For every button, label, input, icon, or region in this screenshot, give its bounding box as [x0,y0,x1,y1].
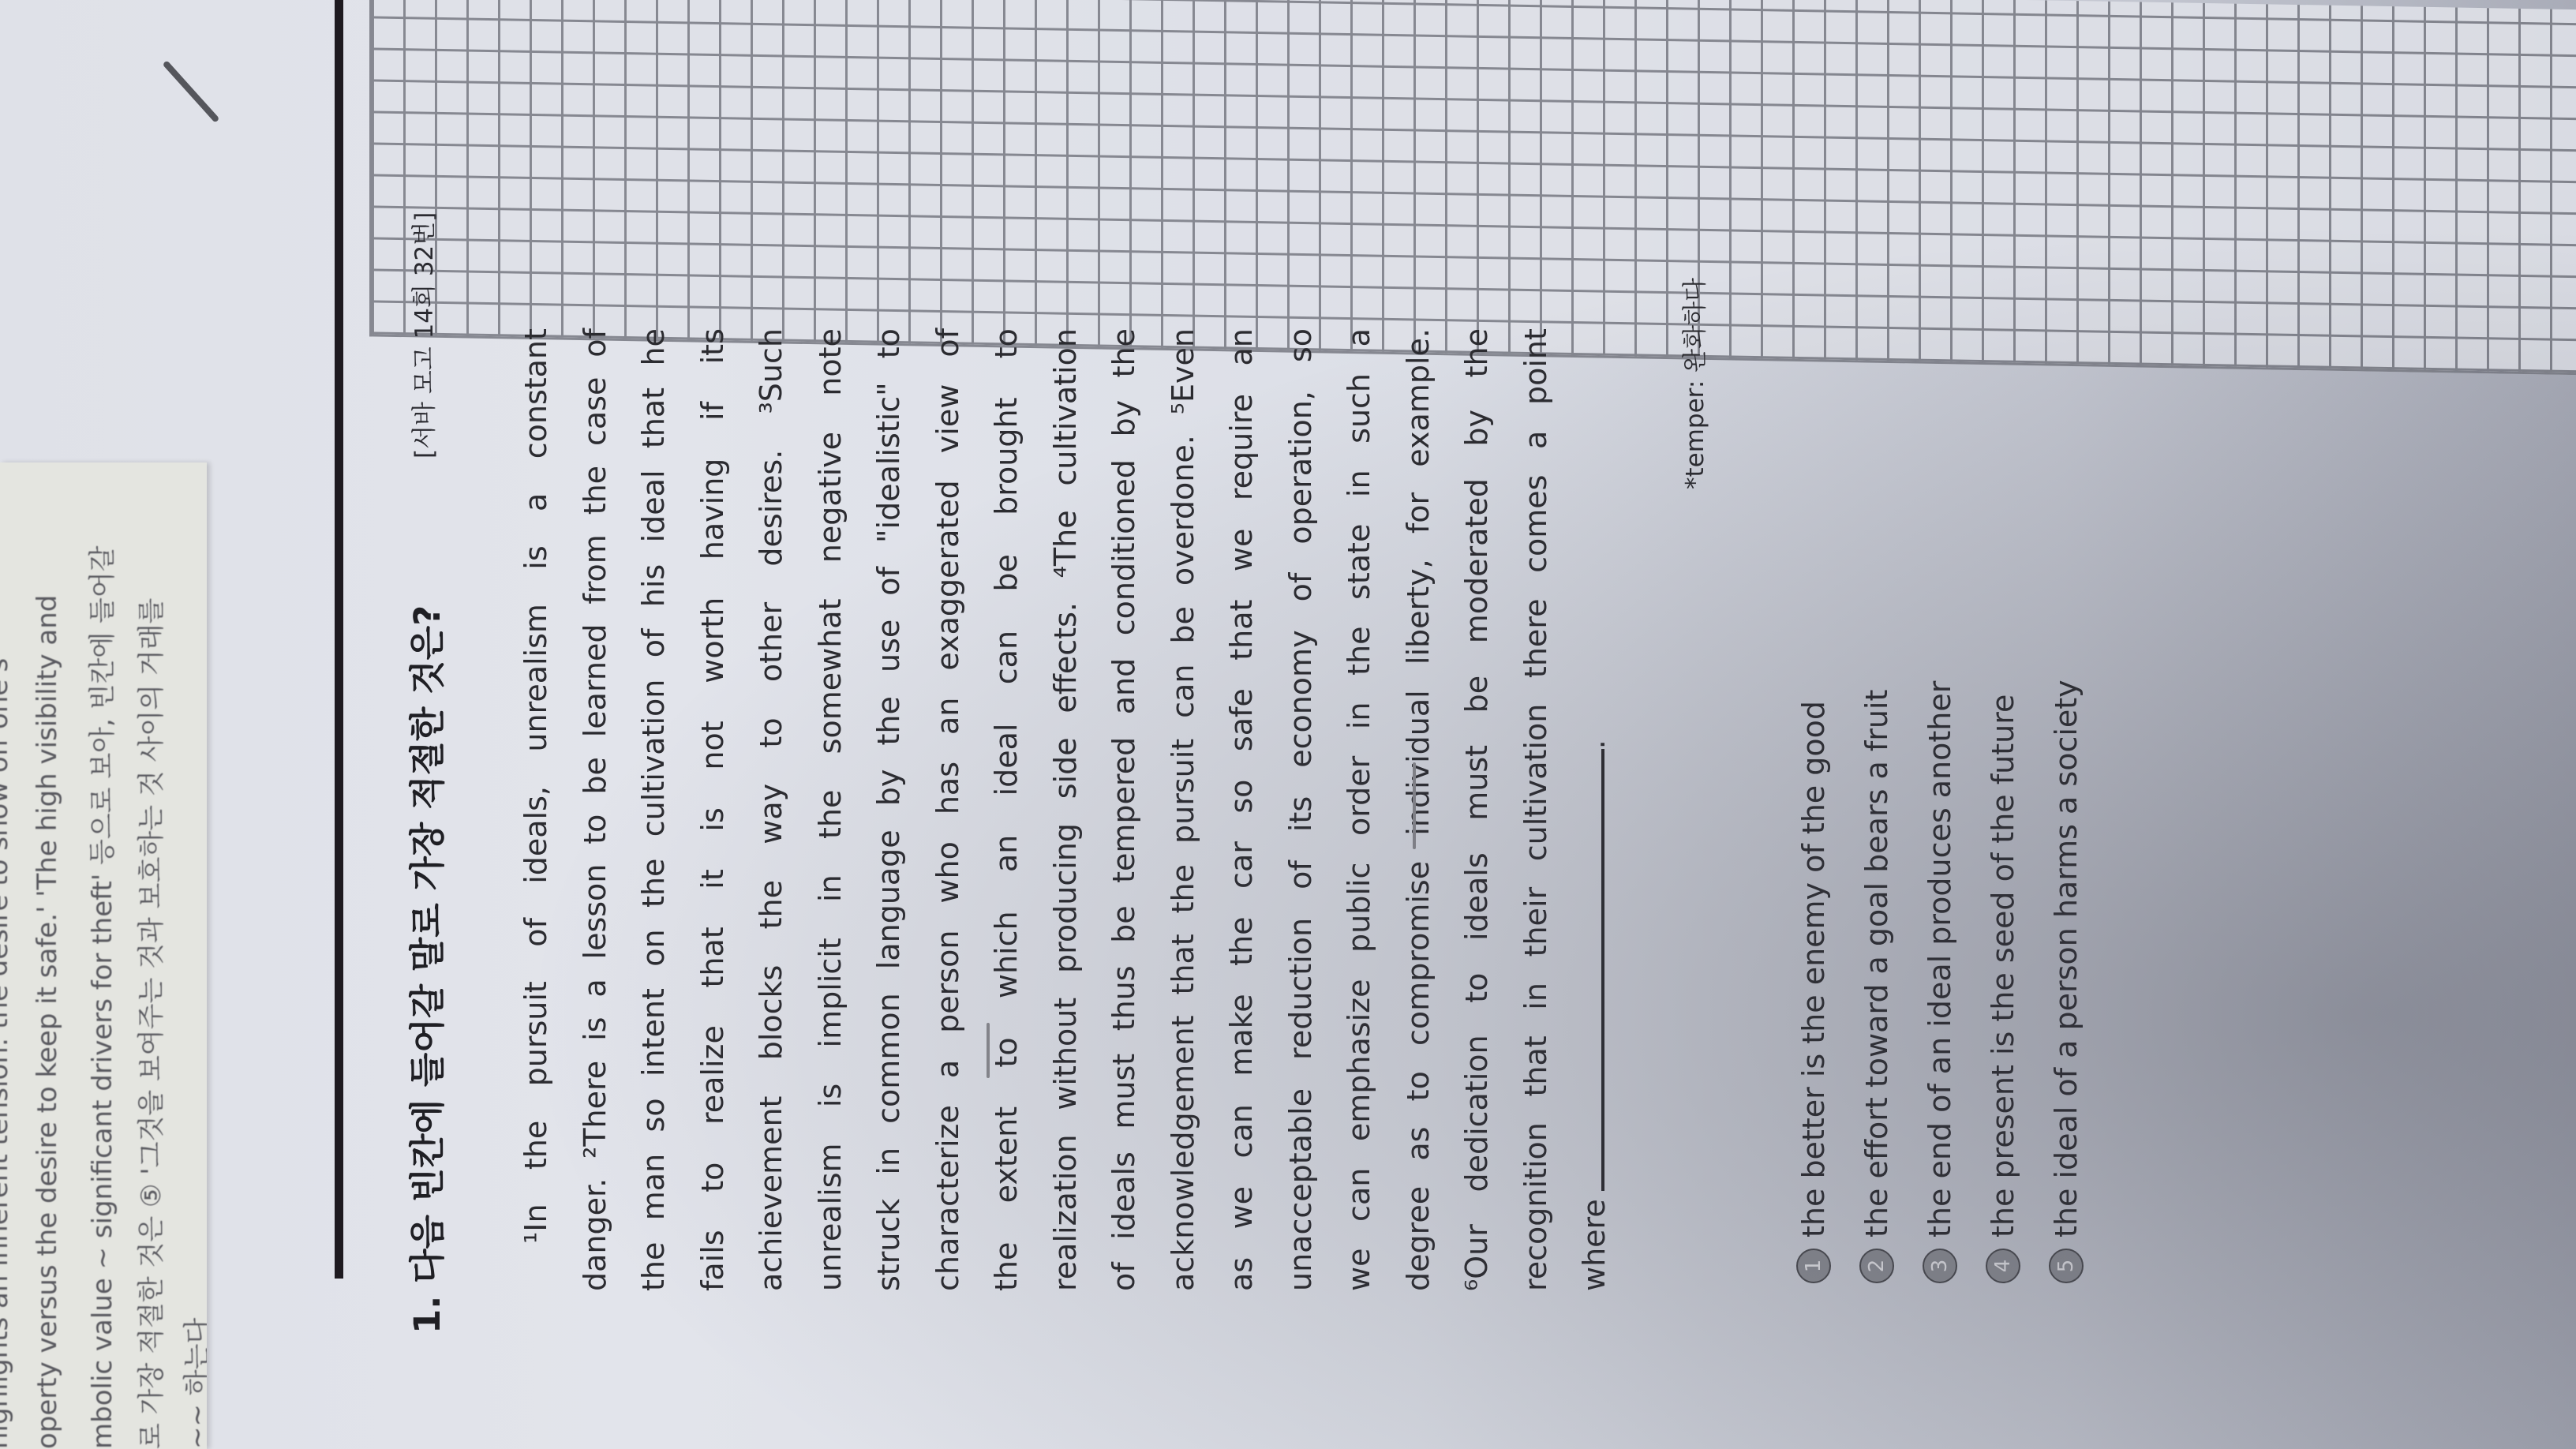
passage-line: theextenttowhichanidealcanbebroughtto [985,328,1044,1291]
passage-line: achievementblocksthewaytootherdesires.³S… [750,328,809,1291]
blank-line: where. [1573,328,1632,1291]
answer-grid [369,0,2576,376]
passage-line: unacceptablereductionofitseconomyofopera… [1279,328,1339,1291]
passage-line: characterizeapersonwhohasanexaggeratedvi… [927,328,986,1291]
question-source: [서바 모고 14회 32번] [404,212,440,459]
choice-text: the end of an ideal produces another [1918,681,1962,1237]
choice-text: the effort toward a goal bears a fruit [1855,690,1899,1237]
choice-number-icon: 3 [1923,1249,1957,1283]
passage: ¹Inthepursuitofideals,unrealismisaconsta… [515,328,1632,1291]
previous-page-line: mbolic value ~ significant drivers for t… [80,545,119,1449]
choice-4[interactable]: 4the present is the seed of the future [1971,680,2035,1283]
previous-page-line: ~~ 하는다 [175,1318,207,1449]
passage-line: struckincommonlanguagebytheuseof"idealis… [867,328,927,1291]
question-prompt: 다음 빈칸에 들어갈 말로 가장 적절한 것은? [406,605,448,1283]
passage-line: wecanemphasizepublicorderinthestateinsuc… [1338,328,1397,1291]
passage-line: ofidealsmustthusbetemperedandconditioned… [1103,328,1162,1291]
pencil-underline [987,1023,990,1078]
passage-line: degreeastocompromiseindividualliberty,fo… [1397,328,1456,1291]
choice-1[interactable]: 1the better is the enemy of the good [1782,680,1845,1283]
choice-text: the ideal of a person harms a society [2044,680,2088,1237]
passage-line: aswecanmakethecarsosafethatwerequirean [1220,328,1279,1291]
answer-blank [1573,749,1604,1191]
passage-line: ¹Inthepursuitofideals,unrealismisaconsta… [515,328,574,1291]
pencil-underline [1413,762,1416,849]
question-number: 1. [406,1296,448,1334]
passage-line: ⁶Ourdedicationtoidealsmustbemoderatedbyt… [1455,328,1515,1291]
exam-page: highlights an inherent tension: the desi… [0,0,2576,1449]
passage-line: themansointentonthecultivationofhisideal… [632,328,691,1291]
previous-page-line: operty versus the desire to keep it safe… [32,595,63,1449]
passage-line: recognitionthatintheircultivationthereco… [1515,328,1574,1291]
passage-line: realizationwithoutproducingsideeffects.⁴… [1044,328,1103,1291]
passage-line: failstorealizethatitisnotworthhavingifit… [691,328,751,1291]
choice-text: the better is the enemy of the good [1792,701,1836,1237]
footnote: *temper: 완화하다 [1675,278,1710,489]
choice-number-icon: 5 [2049,1249,2084,1283]
choice-5[interactable]: 5the ideal of a person harms a society [2035,680,2098,1283]
passage-line: acknowledgementthatthepursuitcanbeoverdo… [1162,328,1221,1291]
header-rule [335,0,343,1279]
passage-line: unrealismisimplicitinthesomewhatnegative… [809,328,868,1291]
choice-number-icon: 1 [1796,1249,1831,1283]
choice-2[interactable]: 2the effort toward a goal bears a fruit [1845,680,1908,1283]
choice-number-icon: 2 [1859,1249,1894,1283]
choice-3[interactable]: 3the end of an ideal produces another [1908,680,1971,1283]
previous-page-line: highlights an inherent tension: the desi… [0,658,14,1449]
photo: highlights an inherent tension: the desi… [0,0,2576,1449]
question-title: 1. 다음 빈칸에 들어갈 말로 가장 적절한 것은? [399,605,450,1334]
previous-page-strip: highlights an inherent tension: the desi… [0,462,207,1449]
choice-text: the present is the seed of the future [1981,695,2025,1237]
previous-page-line: 로 가장 적절한 것은 ⑤ '그것을 보여주는 것과 보호하는 것 사이의 거래… [129,598,168,1449]
choice-number-icon: 4 [1986,1249,2020,1283]
answer-choices: 1the better is the enemy of the good2the… [1782,680,2098,1283]
passage-line: danger.²Thereisalessontobelearnedfromthe… [574,328,633,1291]
